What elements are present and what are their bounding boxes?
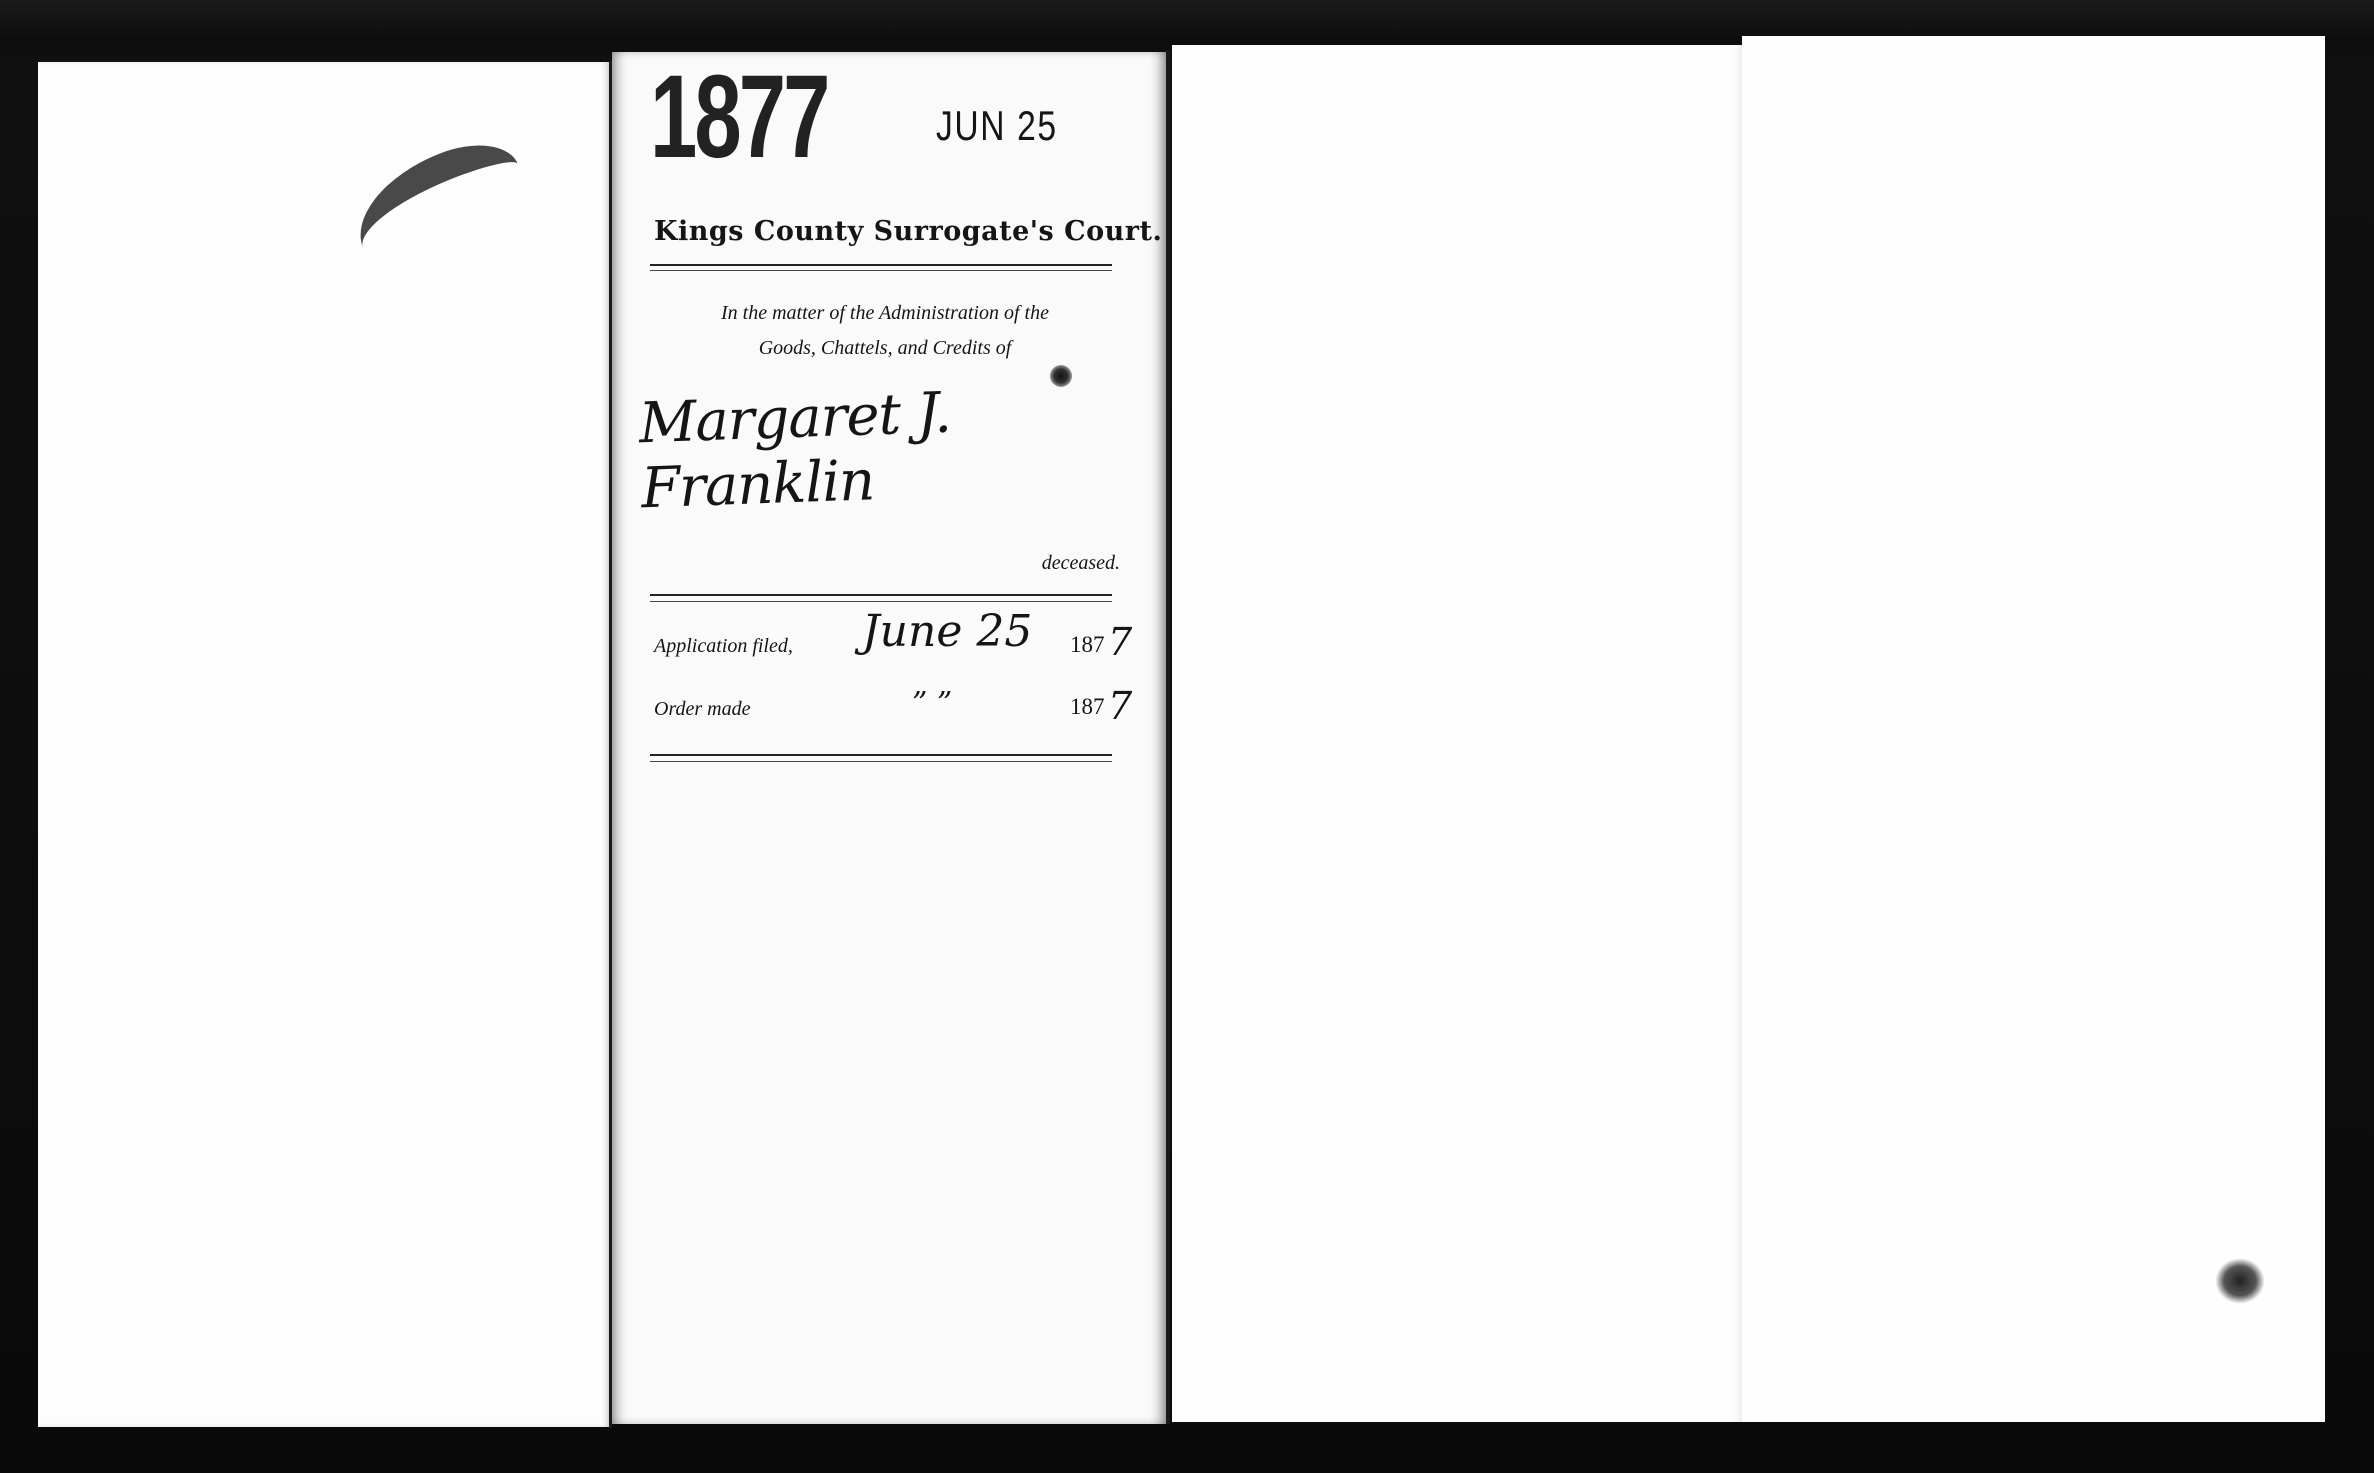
deceased-label: deceased. (1042, 552, 1120, 575)
court-name: Kings County Surrogate's Court. (654, 216, 1120, 247)
matter-caption: In the matter of the Administration of t… (654, 296, 1116, 366)
order-date-handwritten: ” ” (912, 686, 952, 721)
order-year-printed: 187 (1070, 694, 1105, 720)
right-blank-panel-a (1172, 45, 1742, 1422)
double-rule (650, 264, 1112, 266)
order-year-handwritten: 7 (1108, 684, 1132, 728)
double-rule (650, 601, 1112, 602)
application-year-printed: 187 (1070, 632, 1105, 658)
ink-smudge (2215, 1258, 2265, 1304)
application-date-handwritten: June 25 (862, 606, 1032, 657)
filing-stamp-date: JUN 25 (936, 102, 1058, 150)
double-rule (650, 594, 1112, 596)
matter-line-2: Goods, Chattels, and Credits of (654, 331, 1116, 366)
fold-line (1166, 50, 1170, 1424)
order-made-label: Order made (654, 698, 750, 721)
decedent-name-handwritten: Margaret J. Franklin (638, 375, 1122, 522)
application-filed-label: Application filed, (654, 635, 793, 658)
double-rule (650, 270, 1112, 271)
docket-front-panel (612, 52, 1168, 1424)
left-blank-panel (38, 62, 611, 1427)
double-rule (650, 754, 1112, 756)
application-year-handwritten: 7 (1108, 620, 1132, 664)
docket-year: 1877 (650, 58, 827, 176)
ink-smudge (341, 128, 540, 284)
matter-line-1: In the matter of the Administration of t… (654, 296, 1116, 331)
right-blank-panel-b (1742, 36, 2325, 1422)
double-rule (650, 761, 1112, 762)
